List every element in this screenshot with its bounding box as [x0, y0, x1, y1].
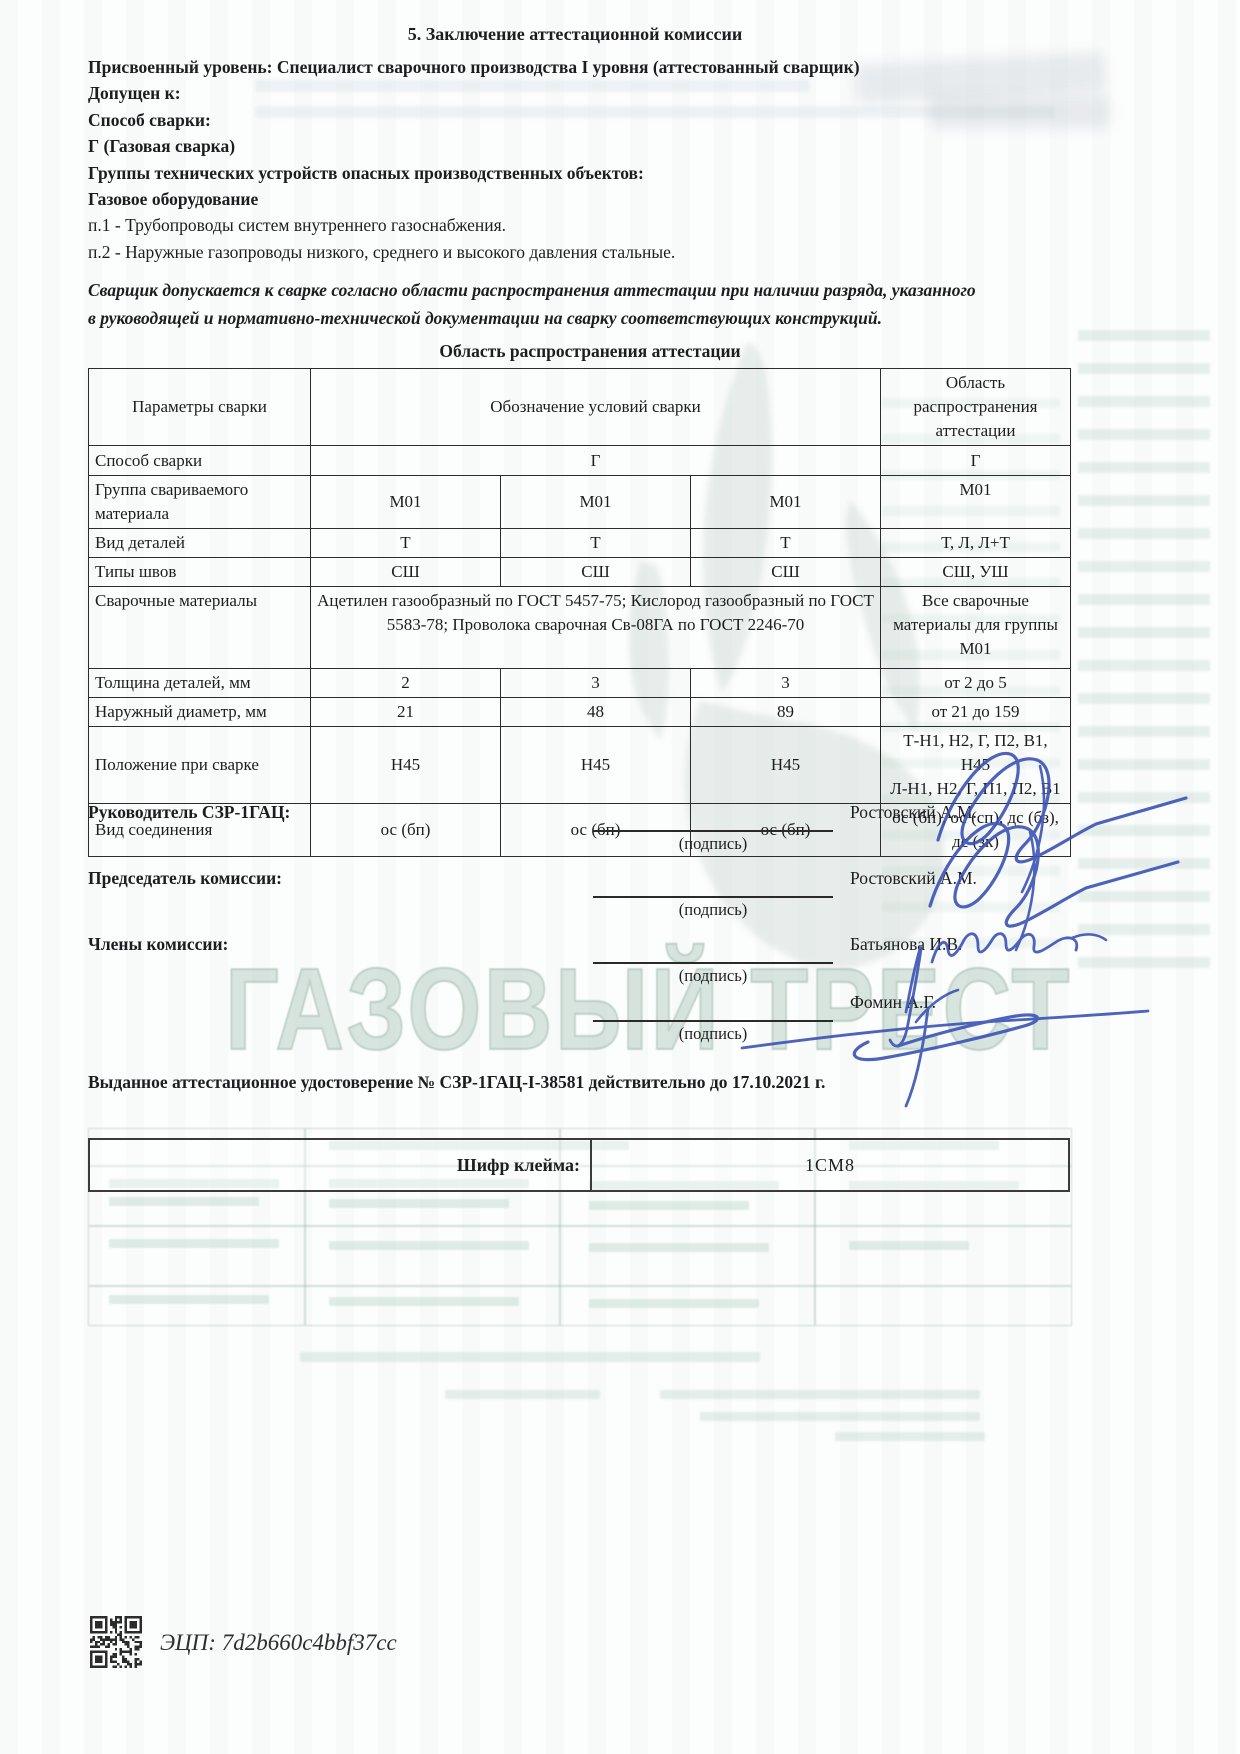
- table-cell: СШ: [501, 558, 691, 587]
- table-cell: СШ: [311, 558, 501, 587]
- header-lines: Присвоенный уровень: Специалист сварочно…: [88, 54, 1098, 265]
- admission-note-line1: Сварщик допускается к сварке согласно об…: [88, 276, 1088, 304]
- signature-line: [593, 896, 833, 898]
- table-header-row: Параметры сварки Обозначение условий сва…: [89, 369, 1071, 446]
- admission-note-line2: в руководящей и нормативно-технической д…: [88, 304, 1088, 332]
- table-cell: СШ: [691, 558, 881, 587]
- signature-caption: (подпись): [583, 900, 843, 920]
- bleedthrough-lines: [835, 1432, 985, 1441]
- table-row: Группа свариваемого материалаМ01М01М01М0…: [89, 476, 1071, 529]
- table-row: Вид деталейТТТТ, Л, Л+Т: [89, 529, 1071, 558]
- certificate-line: Выданное аттестационное удостоверение № …: [88, 1072, 1098, 1093]
- signatory-name: Фомин А.Г.: [850, 992, 936, 1013]
- table-row: Сварочные материалыАцетилен газообразный…: [89, 587, 1071, 669]
- bleedthrough-lines: [700, 1412, 980, 1421]
- table-cell: Г: [311, 446, 881, 476]
- signature-caption: (подпись): [583, 1024, 843, 1044]
- table-cell: Ацетилен газообразный по ГОСТ 5457-75; К…: [311, 587, 881, 669]
- table-param-cell: Толщина деталей, мм: [89, 669, 311, 698]
- signature-block: Руководитель СЗР-1ГАЦ: (подпись) Ростовс…: [88, 790, 1070, 1060]
- table-cell: М01: [501, 476, 691, 529]
- bleedthrough-lines: [660, 1390, 980, 1399]
- bleedthrough-lines: [300, 1352, 760, 1362]
- table-param-cell: Вид деталей: [89, 529, 311, 558]
- table-param-cell: Сварочные материалы: [89, 587, 311, 669]
- table-cell: 3: [691, 669, 881, 698]
- item-1-line: п.1 - Трубопроводы систем внутреннего га…: [88, 212, 1098, 238]
- table-param-cell: Типы швов: [89, 558, 311, 587]
- signature-caption: (подпись): [583, 834, 843, 854]
- signature-row: Члены комиссии: (подпись) Батьянова И.В.: [88, 922, 1070, 986]
- signatory-role: Председатель комиссии:: [88, 868, 282, 889]
- table-param-cell: Группа свариваемого материала: [89, 476, 311, 529]
- table-cell: Т: [501, 529, 691, 558]
- digital-signature-text: ЭЦП: 7d2b660c4bbf37cc: [160, 1630, 397, 1656]
- bleedthrough-right-column: [1078, 330, 1210, 970]
- signature-line: [593, 1020, 833, 1022]
- col-header-conditions: Обозначение условий сварки: [311, 369, 881, 446]
- table-row: Способ сваркиГГ: [89, 446, 1071, 476]
- stamp-value: 1СМ8: [592, 1140, 1068, 1190]
- welding-method-label: Способ сварки:: [88, 107, 1098, 133]
- table-cell: Г: [881, 446, 1071, 476]
- table-cell: 48: [501, 698, 691, 727]
- attestation-table: Параметры сварки Обозначение условий сва…: [88, 368, 1071, 857]
- stamp-box: Шифр клейма: 1СМ8: [88, 1138, 1070, 1192]
- welding-method-value: Г (Газовая сварка): [88, 133, 1098, 159]
- table-row: Наружный диаметр, мм214889от 21 до 159: [89, 698, 1071, 727]
- table-param-cell: Способ сварки: [89, 446, 311, 476]
- assigned-level-line: Присвоенный уровень: Специалист сварочно…: [88, 54, 1098, 80]
- bleedthrough-lines: [445, 1390, 600, 1399]
- table-cell: М01: [311, 476, 501, 529]
- qr-code-icon: [90, 1616, 142, 1668]
- signature-row: Председатель комиссии: (подпись) Ростовс…: [88, 856, 1070, 920]
- signature-line: [593, 830, 833, 832]
- table-title: Область распространения аттестации: [0, 341, 1180, 362]
- signatory-role: Руководитель СЗР-1ГАЦ:: [88, 802, 290, 823]
- gas-equipment-label: Газовое оборудование: [88, 186, 1098, 212]
- table-cell: СШ, УШ: [881, 558, 1071, 587]
- table-cell: от 21 до 159: [881, 698, 1071, 727]
- admitted-to-line: Допущен к:: [88, 80, 1098, 106]
- signatory-name: Ростовский А.М.: [850, 868, 977, 889]
- signatory-name: Батьянова И.В.: [850, 934, 962, 955]
- table-row: Типы швовСШСШСШСШ, УШ: [89, 558, 1071, 587]
- table-cell: М01: [881, 476, 1071, 529]
- table-cell: Т: [311, 529, 501, 558]
- signatory-role: Члены комиссии:: [88, 934, 228, 955]
- table-cell: Т: [691, 529, 881, 558]
- col-header-params: Параметры сварки: [89, 369, 311, 446]
- device-groups-label: Группы технических устройств опасных про…: [88, 160, 1098, 186]
- item-2-line: п.2 - Наружные газопроводы низкого, сред…: [88, 239, 1098, 265]
- admission-note: Сварщик допускается к сварке согласно об…: [88, 276, 1088, 332]
- table-cell: 21: [311, 698, 501, 727]
- signature-line: [593, 962, 833, 964]
- stamp-label: Шифр клейма:: [90, 1140, 592, 1190]
- col-header-area: Область распространения аттестации: [881, 369, 1071, 446]
- table-cell: 2: [311, 669, 501, 698]
- table-cell: 89: [691, 698, 881, 727]
- table-cell: Все сварочные материалы для группы М01: [881, 587, 1071, 669]
- section-title: 5. Заключение аттестационной комиссии: [0, 24, 1150, 45]
- table-cell: М01: [691, 476, 881, 529]
- table-cell: Т, Л, Л+Т: [881, 529, 1071, 558]
- document-page: ГАЗОВЫЙ ТРЕСТ 5. Заключение аттестационн…: [0, 0, 1240, 1754]
- signature-row: Руководитель СЗР-1ГАЦ: (подпись) Ростовс…: [88, 790, 1070, 854]
- signature-row: (подпись) Фомин А.Г.: [88, 980, 1070, 1044]
- signatory-name: Ростовский А.М.: [850, 802, 977, 823]
- table-row: Толщина деталей, мм233от 2 до 5: [89, 669, 1071, 698]
- table-cell: 3: [501, 669, 691, 698]
- table-cell: от 2 до 5: [881, 669, 1071, 698]
- table-param-cell: Наружный диаметр, мм: [89, 698, 311, 727]
